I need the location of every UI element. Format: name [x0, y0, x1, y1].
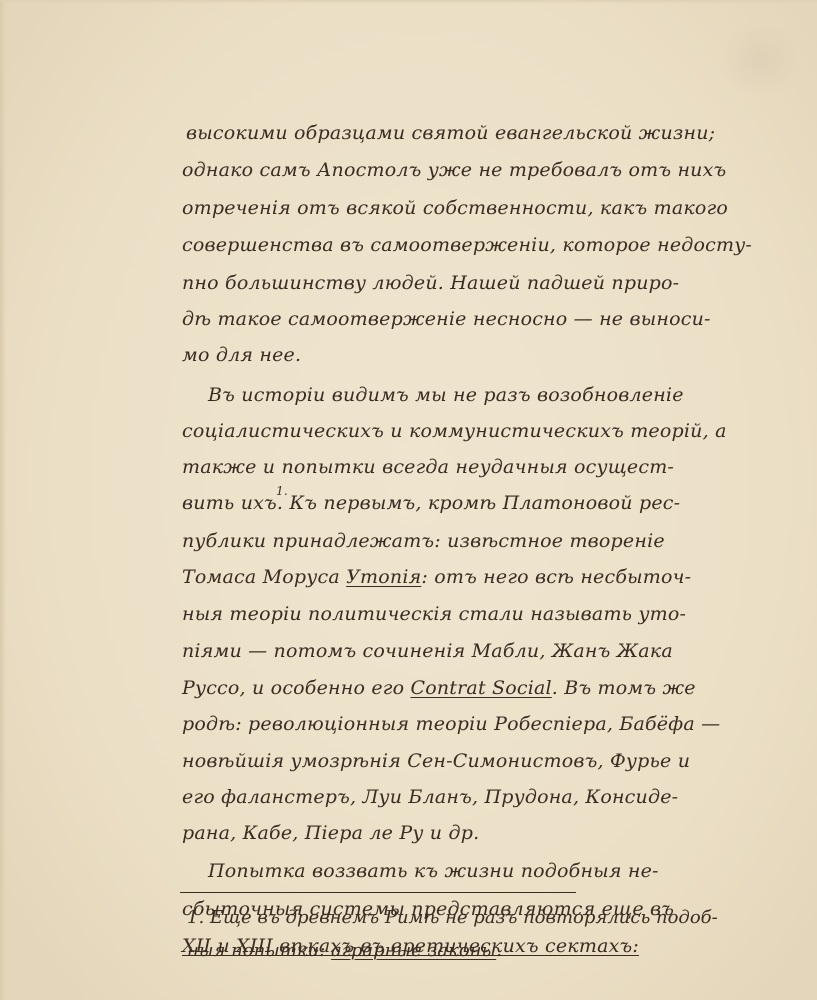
body-line-19: его фаланстеръ, Луи Бланъ, Прудона, Конс… — [182, 781, 678, 813]
page-edge-shadow-top — [0, 0, 817, 4]
underlined-phrase: аграрные законы — [331, 940, 496, 961]
paragraph-3-line-1: Попытка воззвать къ жизни подобныя не- — [182, 855, 659, 887]
body-line-15: піями — потомъ сочиненія Мабли, Жанъ Жак… — [182, 635, 673, 667]
body-line-5: пно большинству людей. Нашей падшей прир… — [182, 267, 679, 299]
body-line-4: совершенства въ самоотверженіи, которое … — [182, 229, 752, 261]
paragraph-2-line-1: Въ исторіи видимъ мы не разъ возобновлен… — [182, 379, 684, 411]
footnote-separator-rule — [180, 892, 576, 893]
body-line-2: однако самъ Апостолъ уже не требовалъ от… — [182, 154, 726, 186]
body-line-3: отреченія отъ всякой собственности, какъ… — [182, 192, 728, 224]
underlined-phrase: Утопія — [346, 566, 421, 588]
body-line-9: соціалистическихъ и коммунистическихъ те… — [182, 415, 727, 447]
body-line-20: рана, Кабе, Піера ле Ру и др. — [182, 817, 479, 849]
body-line-7: мо для нее. — [182, 339, 301, 371]
body-line-11: 1. вить ихъ. Къ первымъ, кромѣ Платоново… — [182, 487, 680, 519]
body-line-13: Томаса Моруса Утопія: отъ него всѣ несбы… — [182, 561, 691, 593]
footnote-reference-marker: 1. — [276, 475, 288, 507]
body-line-18: новѣйшія умозрѣнія Сен-Симонистовъ, Фурь… — [182, 745, 690, 777]
body-line-11-text: вить ихъ. Къ первымъ, кромѣ Платоновой р… — [182, 492, 680, 514]
body-line-6: дѣ такое самоотверженіе несносно — не вы… — [182, 303, 711, 335]
manuscript-page: высокими образцами святой евангельской ж… — [0, 0, 817, 1000]
body-line-1: высокими образцами святой евангельской ж… — [186, 117, 715, 149]
body-line-14: ныя теоріи политическія стали называть у… — [182, 598, 686, 630]
footnote-line-1: 1. Еще въ древнемъ Римѣ не разъ повторял… — [187, 902, 718, 934]
body-line-12: публики принадлежатъ: извѣстное твореніе — [182, 525, 665, 557]
body-line-17: родѣ: революціонныя теоріи Робеспіера, Б… — [182, 708, 720, 740]
page-edge-shadow-left — [0, 0, 6, 1000]
footnote-line-2: ныя попытки: аграрные законы. — [187, 935, 502, 967]
body-line-10: также и попытки всегда неудачныя осущест… — [182, 451, 674, 483]
body-line-16: Руссо, и особенно его Contrat Social. Въ… — [182, 672, 696, 704]
underlined-phrase: Contrat Social — [410, 677, 551, 699]
